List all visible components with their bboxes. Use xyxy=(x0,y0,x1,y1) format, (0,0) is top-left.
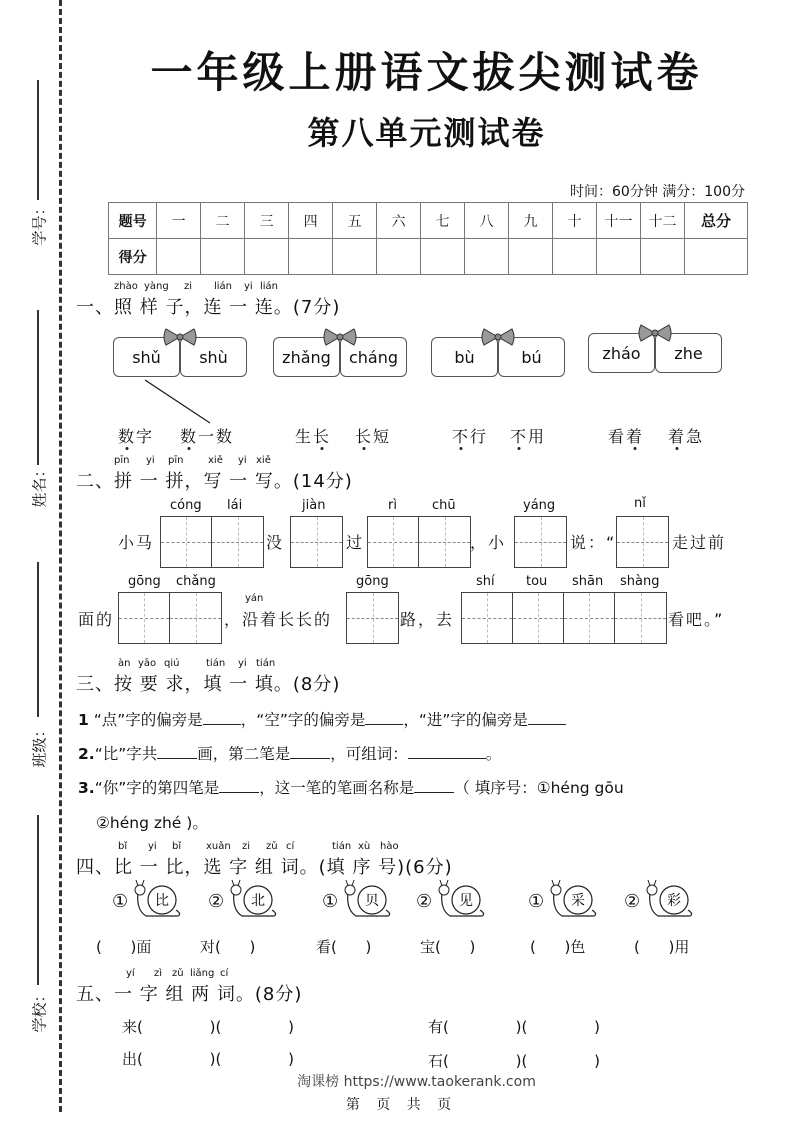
sentence-text: 走过前 xyxy=(672,530,726,553)
class-field[interactable]: 班级： xyxy=(18,562,48,782)
snail-icon: 彩 xyxy=(644,880,694,922)
section-5-title: 五、一 字 组 两 词。(8分) xyxy=(76,980,376,1006)
col-header: 一 xyxy=(157,203,201,239)
bow-icon xyxy=(480,327,516,347)
writing-cell[interactable] xyxy=(615,593,666,643)
writing-cell[interactable] xyxy=(617,517,668,567)
svg-text:贝: 贝 xyxy=(365,893,379,909)
svg-text:见: 见 xyxy=(459,893,473,909)
pinyin-hint: rì xyxy=(388,498,397,513)
sentence-text: ，沿着长长的 xyxy=(224,607,332,630)
sentence-text: 小马 xyxy=(118,530,154,553)
word-option[interactable]: 不用 xyxy=(510,424,546,447)
pinyin-hint: gōng xyxy=(356,574,389,589)
writing-grid xyxy=(290,516,343,568)
answer-blank[interactable] xyxy=(290,745,330,759)
pinyin: zi xyxy=(184,281,192,292)
word-group-row[interactable]: 出( )( ) xyxy=(122,1048,294,1069)
svg-text:北: 北 xyxy=(251,893,265,909)
score-table-header-row: 题号 一 二 三 四 五 六 七 八 九 十 十一 十二 总分 xyxy=(109,203,748,239)
pinyin-card: zhǎng cháng xyxy=(273,337,407,379)
total-header: 总分 xyxy=(684,203,747,239)
word-group-row[interactable]: 石( )( ) xyxy=(428,1050,600,1071)
pinyin: lián xyxy=(260,281,278,292)
snail-icon: 见 xyxy=(436,880,486,922)
score-cell[interactable] xyxy=(377,239,421,275)
section-4-title: 四、比 一 比，选 字 组 词。(填 序 号)(6分) xyxy=(76,853,476,879)
watermark: 淘课榜 https://www.taokerank.com xyxy=(0,1071,793,1091)
fill-blank[interactable]: ( )色 xyxy=(530,936,585,957)
total-score-cell[interactable] xyxy=(684,239,747,275)
answer-blank[interactable] xyxy=(408,745,486,759)
word-option[interactable]: 长短 xyxy=(355,424,391,447)
writing-cell[interactable] xyxy=(513,593,564,643)
score-cell[interactable] xyxy=(289,239,333,275)
fill-blank[interactable]: 宝( ) xyxy=(420,936,475,957)
writing-cell[interactable] xyxy=(212,517,263,567)
writing-grid xyxy=(616,516,669,568)
word-option[interactable]: 不行 xyxy=(452,424,488,447)
col-header: 九 xyxy=(509,203,553,239)
answer-blank[interactable] xyxy=(414,779,454,793)
sentence-text: ，小 xyxy=(470,530,506,553)
pinyin-card: bù bú xyxy=(431,337,565,379)
score-cell[interactable] xyxy=(421,239,465,275)
word-option[interactable]: 看着 xyxy=(608,424,644,447)
svg-text:比: 比 xyxy=(155,893,169,909)
score-table-score-row: 得分 xyxy=(109,239,748,275)
writing-cell[interactable] xyxy=(161,517,212,567)
section-5-pinyin: yí zì zǔ liǎng cí xyxy=(76,968,376,980)
writing-cell[interactable] xyxy=(515,517,566,567)
answer-blank[interactable] xyxy=(203,711,241,725)
class-line[interactable] xyxy=(37,562,39,717)
writing-cell[interactable] xyxy=(419,517,470,567)
pinyin-hint: chǎng xyxy=(176,574,216,589)
fill-blank[interactable]: ( )用 xyxy=(634,936,689,957)
pinyin-hint: chū xyxy=(432,498,456,513)
pinyin-hint: shān xyxy=(572,574,603,589)
page-number: 第 页 共 页 xyxy=(0,1094,793,1114)
snail-icon: 北 xyxy=(228,880,278,922)
section-1-pinyin: zhào yàng zi lián yi lián xyxy=(76,281,376,293)
writing-grid xyxy=(461,592,667,644)
name-label: 姓名： xyxy=(29,478,50,508)
col-header: 十二 xyxy=(641,203,685,239)
section-1-title: 一、照 样 子，连 一 连。(7分) xyxy=(76,293,376,319)
section-5-heading: yí zì zǔ liǎng cí 五、一 字 组 两 词。(8分) xyxy=(76,968,376,1006)
snail-option: ① 比 xyxy=(112,880,182,922)
fill-blank[interactable]: 看( ) xyxy=(316,936,371,957)
question-3-3-cont: ②héng zhé )。 xyxy=(96,811,208,833)
score-cell[interactable] xyxy=(641,239,685,275)
pinyin-hint: shàng xyxy=(620,574,659,589)
pinyin: yi xyxy=(244,281,253,292)
col-header: 二 xyxy=(201,203,245,239)
pinyin-hint: jiàn xyxy=(302,498,325,513)
sentence-text: 面的 xyxy=(78,607,114,630)
pinyin-hint: tou xyxy=(526,574,547,589)
pinyin: zhào xyxy=(114,281,138,292)
question-3-3: 3.“你”字的第四笔是，这一笔的笔画名称是（ 填序号：①héng gōu xyxy=(78,776,624,798)
binding-dashed-line xyxy=(59,0,62,1112)
score-table: 题号 一 二 三 四 五 六 七 八 九 十 十一 十二 总分 得分 xyxy=(108,202,748,275)
col-header: 五 xyxy=(333,203,377,239)
score-cell[interactable] xyxy=(465,239,509,275)
sentence-text: 过 xyxy=(346,530,364,553)
word-option[interactable]: 数字 xyxy=(118,424,154,447)
section-2-heading: pīn yi pīn xiě yi xiě 二、拼 一 拼，写 一 写。(14分… xyxy=(76,455,376,493)
col-header: 七 xyxy=(421,203,465,239)
section-2-title: 二、拼 一 拼，写 一 写。(14分) xyxy=(76,467,376,493)
col-header: 十一 xyxy=(597,203,641,239)
pinyin-hint: gōng xyxy=(128,574,161,589)
svg-text:采: 采 xyxy=(571,893,585,909)
col-header: 十 xyxy=(553,203,597,239)
pinyin: yàng xyxy=(144,281,169,292)
col-header: 三 xyxy=(245,203,289,239)
writing-cell[interactable] xyxy=(119,593,170,643)
name-line[interactable] xyxy=(37,310,39,465)
school-field[interactable]: 学校： xyxy=(18,815,48,1045)
snail-option: ② 见 xyxy=(416,880,486,922)
section-4-heading: bǐ yi bǐ xuǎn zi zǔ cí tián xù hào 四、比 一… xyxy=(76,841,476,879)
col-header: 六 xyxy=(377,203,421,239)
score-cell[interactable] xyxy=(553,239,597,275)
score-cell[interactable] xyxy=(201,239,245,275)
writing-grid xyxy=(160,516,264,568)
pinyin-hint: nǐ xyxy=(634,496,646,511)
fill-blank[interactable]: ( )面 xyxy=(96,936,151,957)
sentence-text: 没 xyxy=(266,530,284,553)
writing-grid xyxy=(514,516,567,568)
svg-text:彩: 彩 xyxy=(667,893,681,909)
word-group-row[interactable]: 来( )( ) xyxy=(122,1016,294,1037)
student-number-label: 学号： xyxy=(29,216,50,246)
pinyin-hint: yán xyxy=(245,593,263,604)
answer-blank[interactable] xyxy=(219,779,259,793)
score-cell[interactable] xyxy=(597,239,641,275)
col-header: 四 xyxy=(289,203,333,239)
score-row-header: 得分 xyxy=(109,239,157,275)
school-line[interactable] xyxy=(37,815,39,985)
sentence-text: 看吧。” xyxy=(668,607,724,630)
snail-option: ① 贝 xyxy=(322,880,392,922)
writing-grid xyxy=(367,516,471,568)
example-connect-line xyxy=(140,375,220,425)
writing-cell[interactable] xyxy=(347,593,398,643)
pinyin-hint: lái xyxy=(227,498,242,513)
question-number-header: 题号 xyxy=(109,203,157,239)
word-group-row[interactable]: 有( )( ) xyxy=(428,1016,600,1037)
pinyin-card: shǔ shù xyxy=(113,337,247,379)
exam-timing: 时间：60分钟 满分：100分 xyxy=(570,181,745,201)
writing-grid xyxy=(346,592,399,644)
section-3-title: 三、按 要 求，填 一 填。(8分) xyxy=(76,670,376,696)
page-title: 一年级上册语文拔尖测试卷 xyxy=(0,40,793,100)
bow-icon xyxy=(322,327,358,347)
page-subtitle: 第八单元测试卷 xyxy=(0,108,793,154)
writing-cell[interactable] xyxy=(170,593,221,643)
pinyin-hint: cóng xyxy=(170,498,202,513)
snail-icon: 贝 xyxy=(342,880,392,922)
score-cell[interactable] xyxy=(509,239,553,275)
word-option[interactable]: 数一数 xyxy=(180,424,234,447)
writing-cell[interactable] xyxy=(368,517,419,567)
question-3-2: 2.“比”字共画，第二笔是，可组词：。 xyxy=(78,742,501,764)
pinyin-hint: shí xyxy=(476,574,495,589)
school-label: 学校： xyxy=(29,1003,50,1033)
section-3-pinyin: àn yāo qiú tián yi tián xyxy=(76,658,376,670)
pinyin-card: zháo zhe xyxy=(588,333,722,375)
writing-cell[interactable] xyxy=(564,593,615,643)
score-cell[interactable] xyxy=(157,239,201,275)
score-cell[interactable] xyxy=(333,239,377,275)
section-1-heading: zhào yàng zi lián yi lián 一、照 样 子，连 一 连。… xyxy=(76,281,376,319)
writing-cell[interactable] xyxy=(462,593,513,643)
section-4-pinyin: bǐ yi bǐ xuǎn zi zǔ cí tián xù hào xyxy=(76,841,476,853)
answer-blank[interactable] xyxy=(365,711,403,725)
student-number-field[interactable]: 学号： xyxy=(18,80,48,260)
answer-blank[interactable] xyxy=(157,745,197,759)
question-3-1: 1 “点”字的偏旁是，“空”字的偏旁是，“进”字的偏旁是 xyxy=(78,708,566,730)
section-3-heading: àn yāo qiú tián yi tián 三、按 要 求，填 一 填。(8… xyxy=(76,658,376,696)
snail-option: ① 采 xyxy=(528,880,598,922)
score-cell[interactable] xyxy=(245,239,289,275)
snail-icon: 比 xyxy=(132,880,182,922)
section-2-pinyin: pīn yi pīn xiě yi xiě xyxy=(76,455,376,467)
snail-option: ② 北 xyxy=(208,880,278,922)
sentence-text: 说：“ xyxy=(570,530,616,553)
bow-icon xyxy=(637,323,673,343)
snail-option: ② 彩 xyxy=(624,880,694,922)
writing-cell[interactable] xyxy=(291,517,342,567)
sentence-text: 路，去 xyxy=(400,607,454,630)
pinyin-hint: yáng xyxy=(523,498,555,513)
snail-icon: 采 xyxy=(548,880,598,922)
answer-blank[interactable] xyxy=(528,711,566,725)
word-option[interactable]: 生长 xyxy=(295,424,331,447)
bow-icon xyxy=(162,327,198,347)
pinyin: lián xyxy=(214,281,232,292)
writing-grid xyxy=(118,592,222,644)
col-header: 八 xyxy=(465,203,509,239)
fill-blank[interactable]: 对( ) xyxy=(200,936,255,957)
class-label: 班级： xyxy=(29,738,50,768)
name-field[interactable]: 姓名： xyxy=(18,310,48,510)
word-option[interactable]: 着急 xyxy=(668,424,704,447)
